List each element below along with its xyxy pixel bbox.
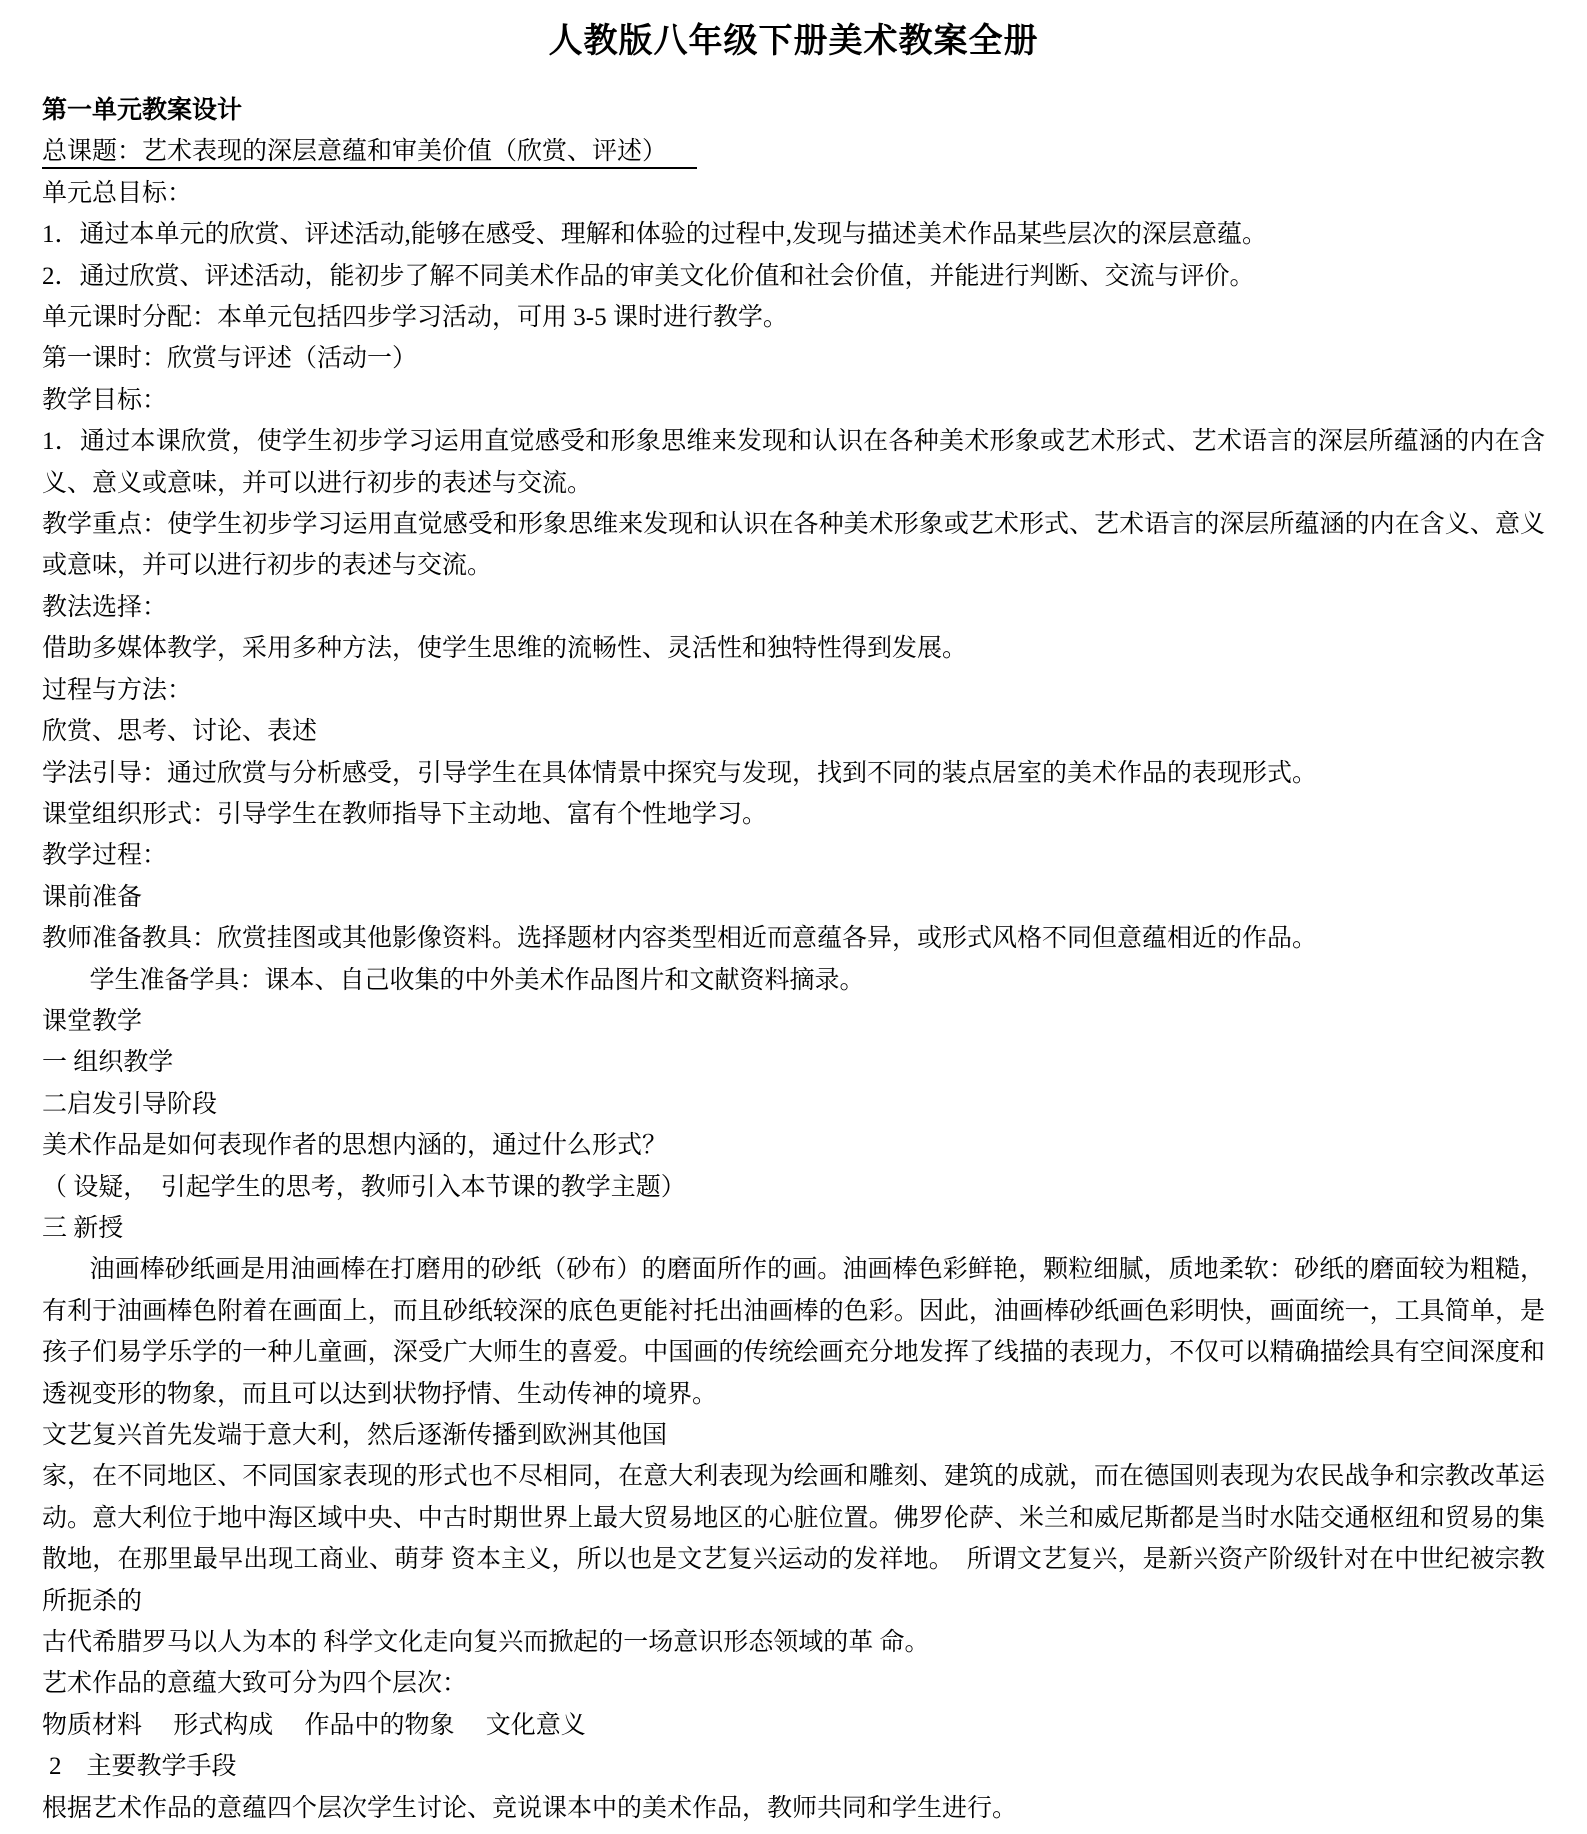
objective-item-1: 1．通过本课欣赏，使学生初步学习运用直觉感受和形象思维来发现和认识在各种美术形象… bbox=[42, 421, 1545, 504]
artwork-levels-list: 物质材料 形式构成 作品中的物象 文化意义 bbox=[42, 1705, 1545, 1746]
unit-goals-label: 单元总目标： bbox=[42, 173, 1545, 214]
question-note: （ 设疑， 引起学生的思考，教师引入本节课的教学主题） bbox=[42, 1167, 1545, 1208]
student-prep: 学生准备学具：课本、自己收集的中外美术作品图片和文献资料摘录。 bbox=[42, 960, 1545, 1001]
unit-schedule: 单元课时分配：本单元包括四步学习活动，可用 3-5 课时进行教学。 bbox=[42, 297, 1545, 338]
renaissance-intro-line: 文艺复兴首先发端于意大利，然后逐渐传播到欧洲其他国 bbox=[42, 1415, 1545, 1456]
page-title: 人教版八年级下册美术教案全册 bbox=[42, 16, 1545, 68]
teaching-objectives-label: 教学目标： bbox=[42, 380, 1545, 421]
class-organization: 课堂组织形式：引导学生在教师指导下主动地、富有个性地学习。 bbox=[42, 794, 1545, 835]
teacher-prep: 教师准备教具：欣赏挂图或其他影像资料。选择题材内容类型相近而意蕴各异，或形式风格… bbox=[42, 918, 1545, 959]
renaissance-conclusion-line: 古代希腊罗马以人为本的 科学文化走向复兴而掀起的一场意识形态领域的革 命。 bbox=[42, 1622, 1545, 1663]
unit-goal-item-2: 2．通过欣赏、评述活动，能初步了解不同美术作品的审美文化价值和社会价值，并能进行… bbox=[42, 256, 1545, 297]
method-selection-detail: 借助多媒体教学，采用多种方法，使学生思维的流畅性、灵活性和独特性得到发展。 bbox=[42, 628, 1545, 669]
classroom-teaching-label: 课堂教学 bbox=[42, 1001, 1545, 1042]
unit-goal-item-1: 1．通过本单元的欣赏、评述活动,能够在感受、理解和体验的过程中,发现与描述美术作… bbox=[42, 214, 1545, 255]
lesson-1-title: 第一课时：欣赏与评述（活动一） bbox=[42, 338, 1545, 379]
unit-heading: 第一单元教案设计 bbox=[42, 90, 1545, 131]
step-1-organize: 一 组织教学 bbox=[42, 1042, 1545, 1083]
course-topic: 总课题：艺术表现的深层意蕴和审美价值（欣赏、评述） bbox=[42, 131, 1545, 172]
method-selection-label: 教法选择： bbox=[42, 587, 1545, 628]
artwork-levels-label: 艺术作品的意蕴大致可分为四个层次： bbox=[42, 1663, 1545, 1704]
teaching-means-detail: 根据艺术作品的意蕴四个层次学生讨论、竞说课本中的美术作品，教师共同和学生进行。 bbox=[42, 1788, 1545, 1829]
teaching-process-label: 教学过程： bbox=[42, 835, 1545, 876]
study-guidance: 学法引导：通过欣赏与分析感受，引导学生在具体情景中探究与发现，找到不同的装点居室… bbox=[42, 753, 1545, 794]
course-topic-text: 总课题：艺术表现的深层意蕴和审美价值（欣赏、评述） bbox=[42, 138, 697, 169]
pre-class-prep-label: 课前准备 bbox=[42, 877, 1545, 918]
process-method-detail: 欣赏、思考、讨论、表述 bbox=[42, 711, 1545, 752]
step-3-new-lesson: 三 新授 bbox=[42, 1208, 1545, 1249]
renaissance-detail-paragraph: 家，在不同地区、不同国家表现的形式也不尽相同，在意大利表现为绘画和雕刻、建筑的成… bbox=[42, 1456, 1545, 1622]
step-2-inspire: 二启发引导阶段 bbox=[42, 1084, 1545, 1125]
teaching-focus: 教学重点：使学生初步学习运用直觉感受和形象思维来发现和认识在各种美术形象或艺术形… bbox=[42, 504, 1545, 587]
question-prompt: 美术作品是如何表现作者的思想内涵的，通过什么形式？ bbox=[42, 1125, 1545, 1166]
document-page: 人教版八年级下册美术教案全册 第一单元教案设计 总课题：艺术表现的深层意蕴和审美… bbox=[0, 0, 1587, 1834]
oil-pastel-paragraph: 油画棒砂纸画是用油画棒在打磨用的砂纸（砂布）的磨面所作的画。油画棒色彩鲜艳，颗粒… bbox=[42, 1249, 1545, 1415]
process-method-label: 过程与方法： bbox=[42, 670, 1545, 711]
teaching-means-heading: 2 主要教学手段 bbox=[42, 1746, 1545, 1787]
